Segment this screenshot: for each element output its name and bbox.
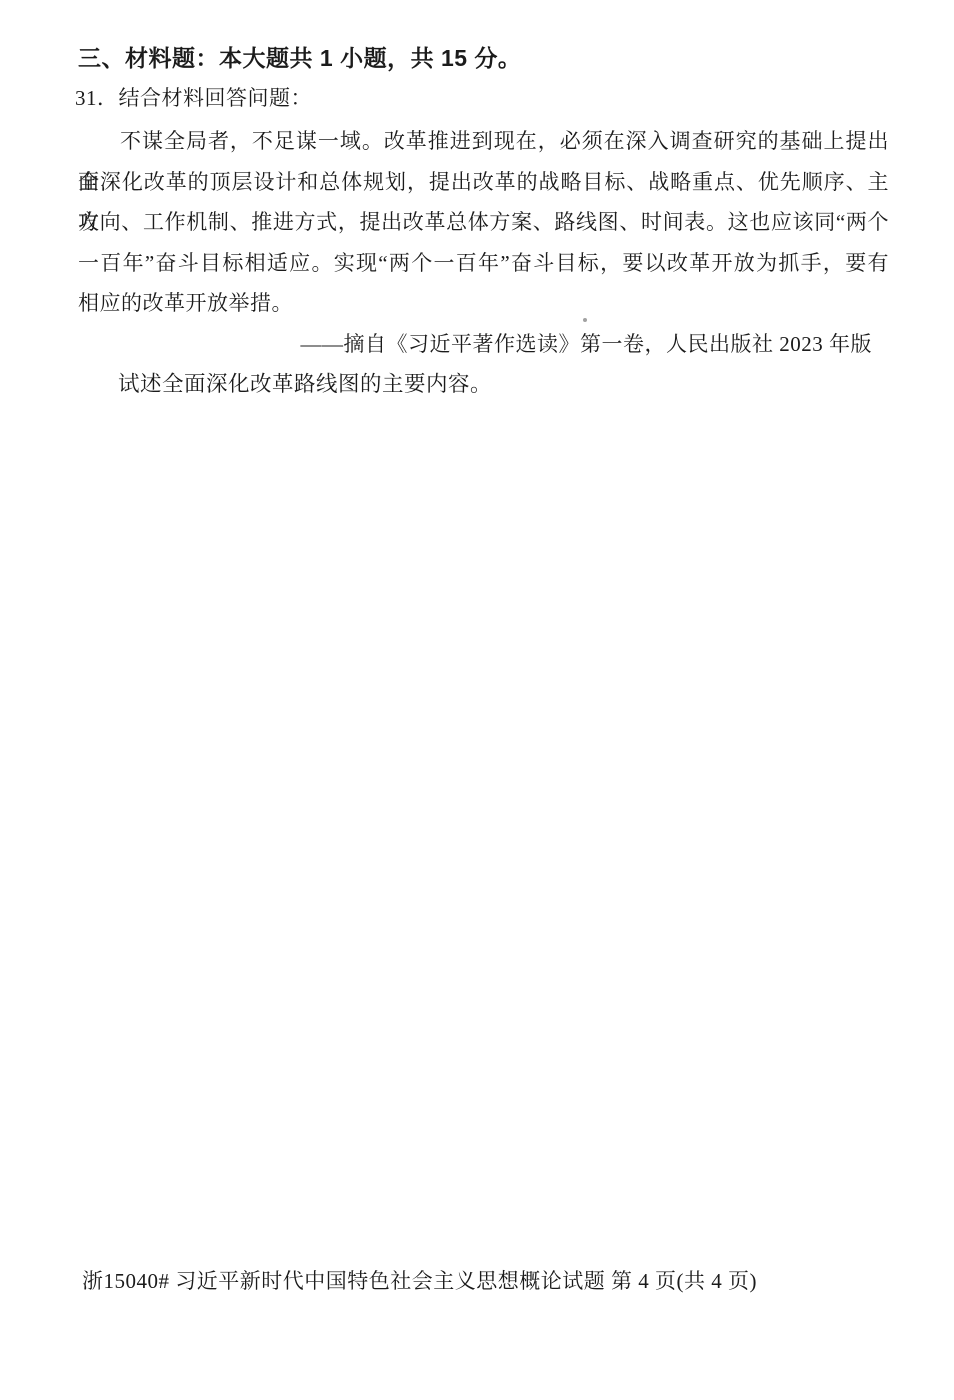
material-line: 面深化改革的顶层设计和总体规划，提出改革的战略目标、战略重点、优先顺序、主攻	[78, 162, 889, 203]
exam-page: 三、材料题：本大题共 1 小题，共 15 分。 31．结合材料回答问题： 不谋全…	[0, 0, 954, 1400]
section-header: 三、材料题：本大题共 1 小题，共 15 分。	[78, 44, 898, 72]
page-footer: 浙15040# 习近平新时代中国特色社会主义思想概论试题 第 4 页(共 4 页…	[82, 1266, 902, 1296]
material-paragraph: 不谋全局者，不足谋一域。改革推进到现在，必须在深入调查研究的基础上提出全 面深化…	[78, 121, 889, 324]
scan-artifact-dot	[583, 318, 587, 322]
question-text: 试述全面深化改革路线图的主要内容。	[78, 370, 889, 398]
question-number-line: 31．结合材料回答问题：	[75, 84, 895, 112]
material-line: 一百年”奋斗目标相适应。实现“两个一百年”奋斗目标，要以改革开放为抓手，要有	[78, 243, 889, 284]
material-line: 相应的改革开放举措。	[78, 283, 889, 324]
material-line: 不谋全局者，不足谋一域。改革推进到现在，必须在深入调查研究的基础上提出全	[78, 121, 889, 162]
material-line: 方向、工作机制、推进方式，提出改革总体方案、路线图、时间表。这也应该同“两个	[78, 202, 889, 243]
source-attribution: ——摘自《习近平著作选读》第一卷，人民出版社 2023 年版	[78, 330, 872, 358]
